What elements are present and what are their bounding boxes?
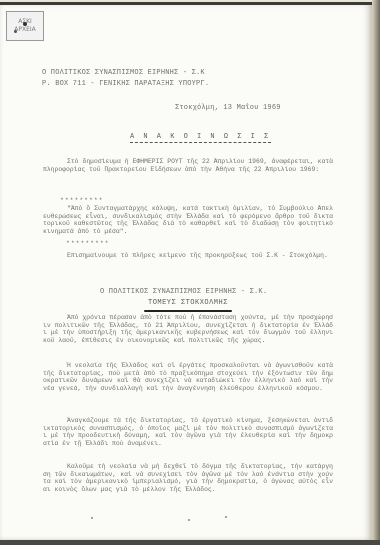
paragraph-body-3: Ἀναγκάζουμε τὰ τῆς δικτατορίας, τὸ ἐργατ… xyxy=(43,417,333,447)
paper-speck xyxy=(225,516,227,518)
paper-speck xyxy=(188,519,190,521)
section-subtitle: ΤΟΜΕΥΣ ΣΤΟΚΧΟΛΜΗΣ xyxy=(148,299,228,307)
header-address-line: P. BOX 711 - ΓΕΝΙΚΗΣ ΠΑΡΑΤΑΞΗΣ ΥΠΟΥΡΓ. xyxy=(42,80,209,89)
paragraph-intro: Στὸ δημοσίευμα ἡ ΕΦΗΜΕΡΙΣ ΡΟΥΤ τῆς 22 Ἀπ… xyxy=(43,158,333,173)
page-edge-shadow xyxy=(372,0,380,545)
stamp-mark-icon xyxy=(23,22,27,26)
paragraph-body-1: Ἀπὸ χρόνια πέρασαν ἀπὸ τότε ποὺ ἡ ἐπανάσ… xyxy=(43,314,333,344)
stars-separator-top: ********* xyxy=(60,197,104,204)
stamp-line-2: ΑΡΧΕΙΑ xyxy=(14,26,36,34)
page-bottom-edge xyxy=(0,540,380,545)
header-org-line: Ο ΠΟΛΙΤΙΚΟΣ ΣΥΝΑΣΠΙΣΜΟΣ ΕΙΡΗΝΗΣ - Σ.Κ xyxy=(42,69,205,78)
paragraph-quote: "Ἀπὸ ὅ Συνταγματάρχης κάλυψη, κατά τακτι… xyxy=(43,205,333,235)
section-header: Ο ΠΟΛΙΤΙΚΟΣ ΣΥΝΑΣΠΙΣΜΟΣ ΕΙΡΗΝΗΣ - Σ.Κ. xyxy=(100,288,267,297)
stamp-mark-icon xyxy=(14,30,17,33)
paragraph-closing: Επισημαίνουμε τὸ πλῆρες κείμενο τῆς προκ… xyxy=(43,252,333,260)
paragraph-body-2: Ἡ νεολαία τῆς Ἑλλάδος καὶ οἱ ἐργάτες προ… xyxy=(43,362,333,392)
stars-separator: ********* xyxy=(66,240,110,247)
subtitle-underline xyxy=(144,310,232,312)
document-page: ΑΣΚΙ ΑΡΧΕΙΑ Ο ΠΟΛΙΤΙΚΟΣ ΣΥΝΑΣΠΙΣΜΟΣ ΕΙΡΗ… xyxy=(0,2,372,543)
document-title: Α Ν Α Κ Ο Ι Ν Ω Σ Ι Σ xyxy=(130,133,271,143)
archive-stamp-logo: ΑΣΚΙ ΑΡΧΕΙΑ xyxy=(6,11,44,41)
quote-text: "Ἀπὸ ὅ Συνταγματάρχης κάλυψη, κατά τακτι… xyxy=(43,205,333,235)
paragraph-body-4: Καλοῦμε τὴ νεολαία νὰ μὴ δεχθεῖ τὸ δόγμα… xyxy=(43,463,333,493)
document-date: Στοκχόλμη, 13 Μαΐου 1969 xyxy=(175,104,281,113)
paper-speck xyxy=(91,517,93,519)
